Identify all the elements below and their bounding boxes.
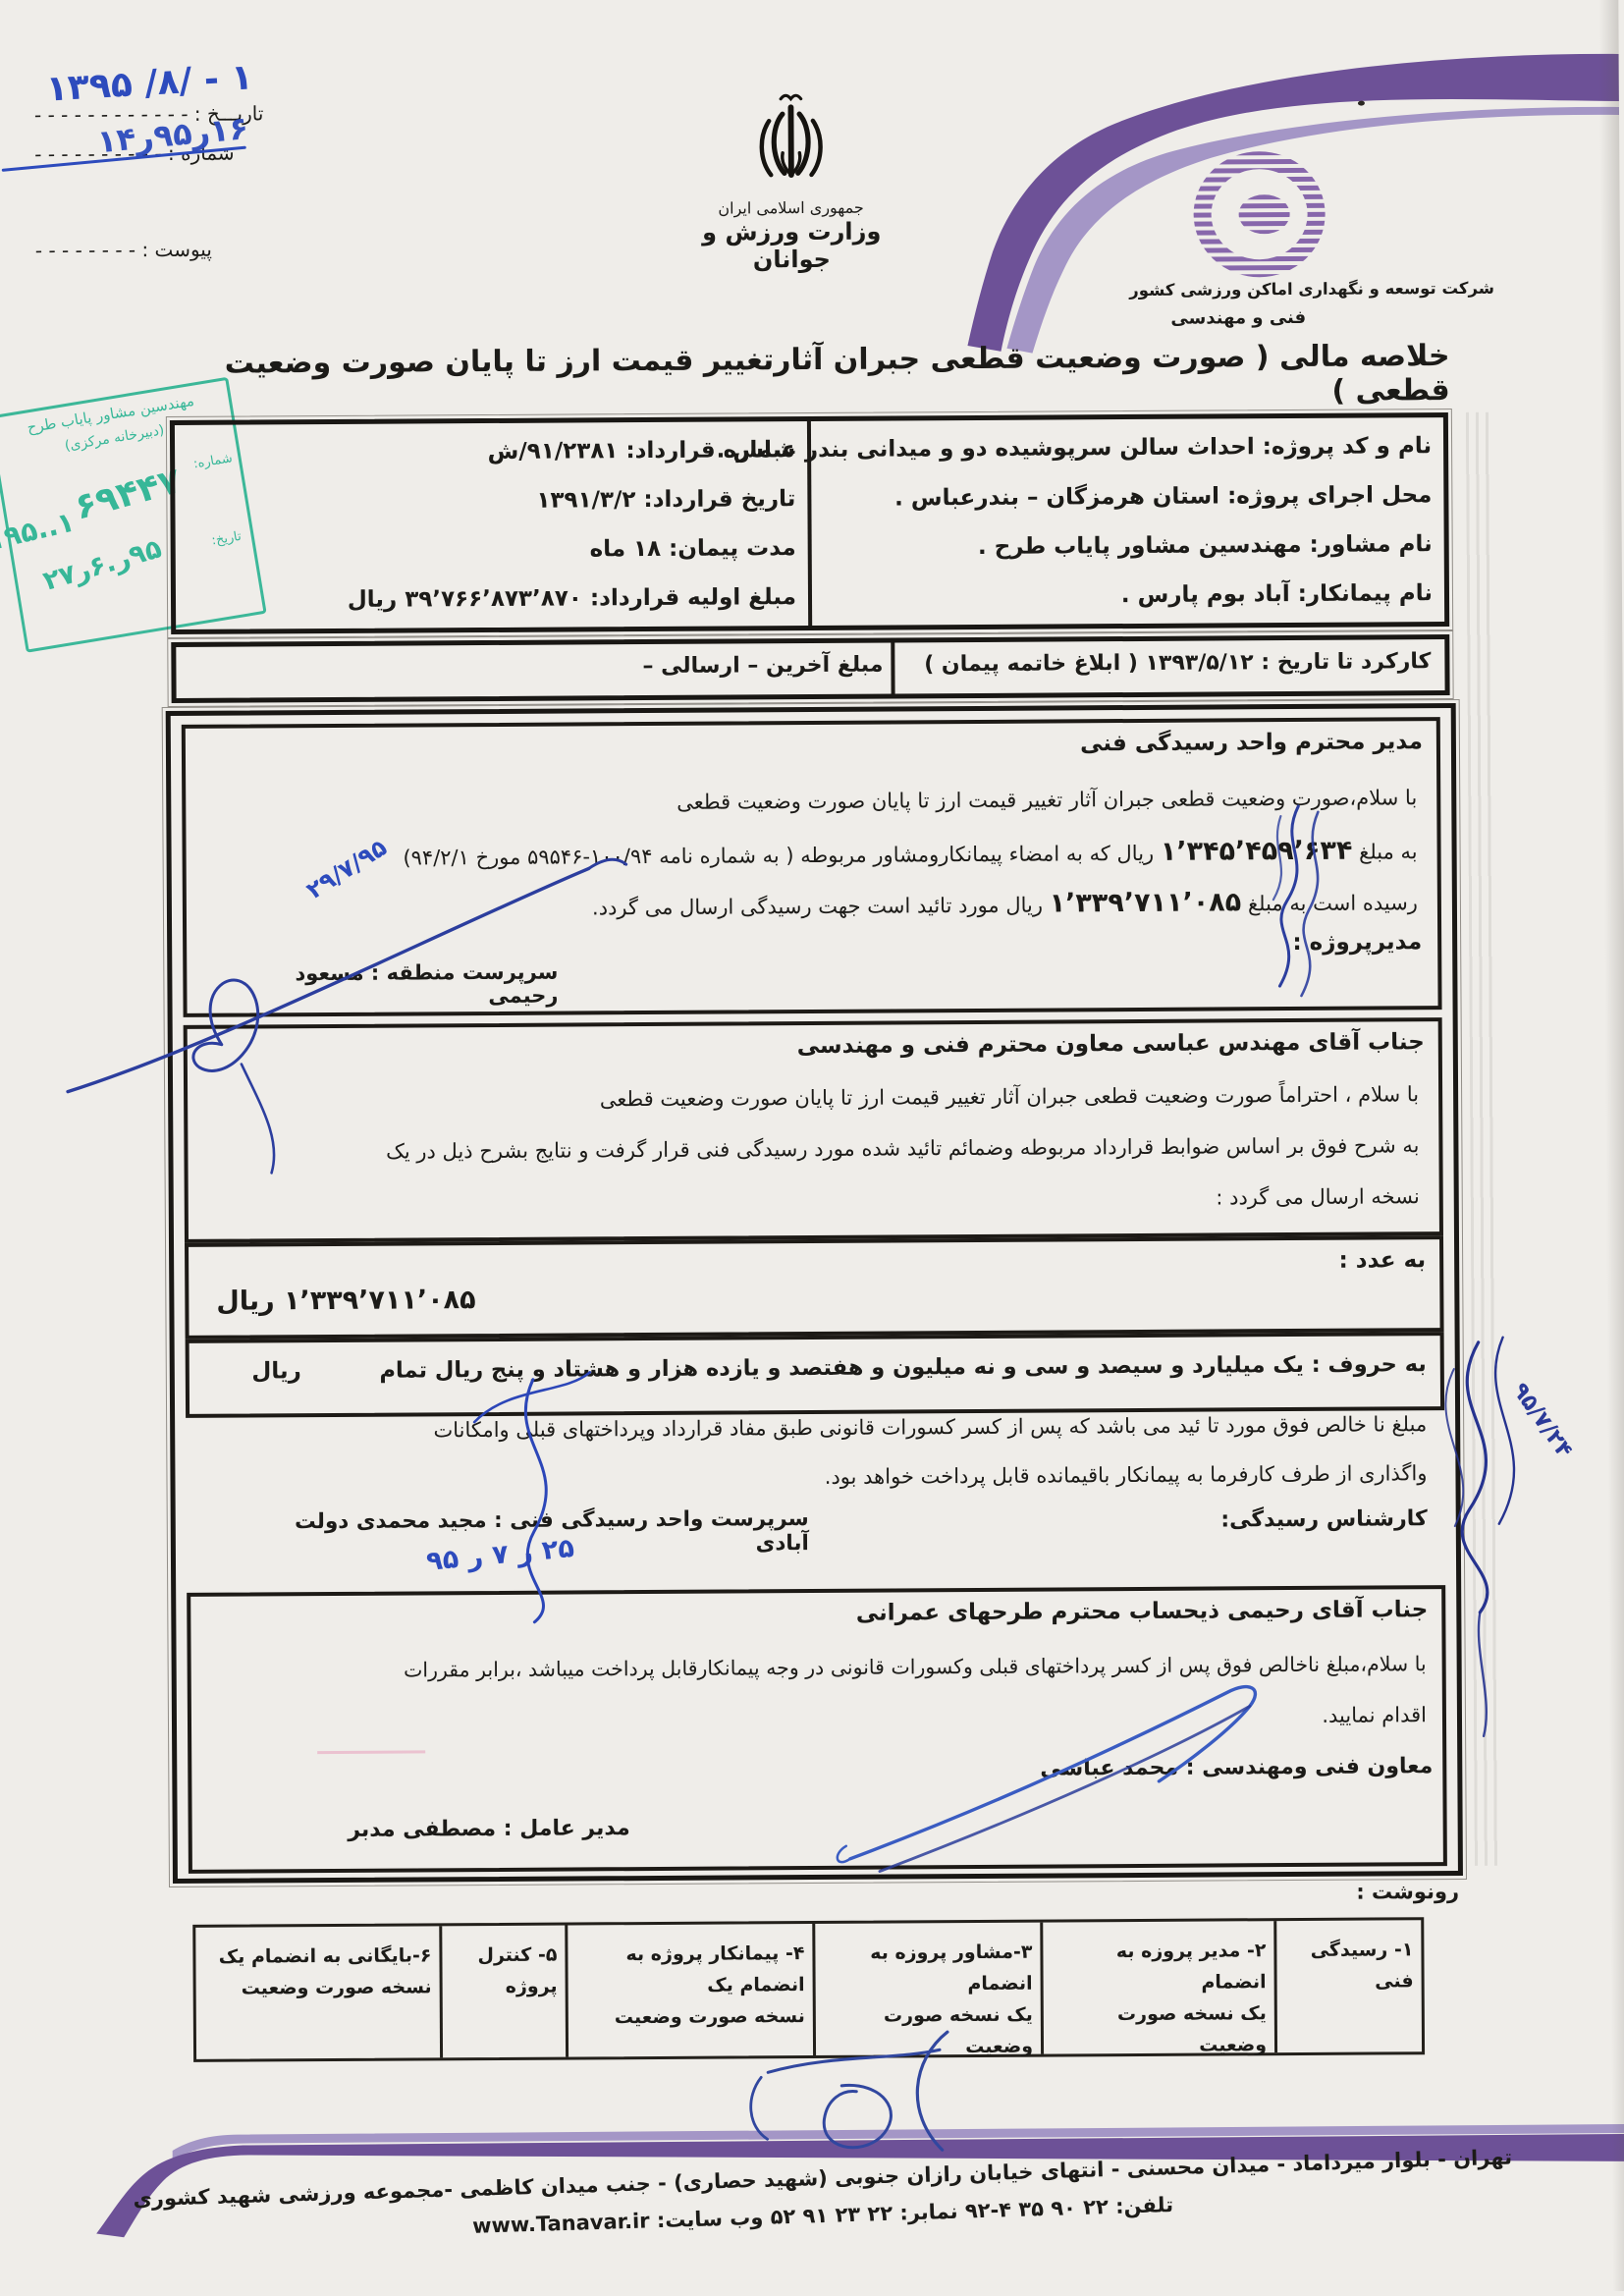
numeric-amount-row: به عدد : ۱٬۳۳۹٬۷۱۱٬۰۸۵ ریال: [185, 1235, 1444, 1339]
signature-consultant: [724, 2020, 1000, 2164]
project-contractor: نام پیمانکار: آباد بوم پارس .: [816, 569, 1433, 622]
iran-emblem-icon: [739, 90, 843, 199]
ceo-label: مدیر عامل : مصطفی مدبر: [336, 1816, 630, 1842]
page-edge-shadow: [1598, 0, 1624, 2291]
copy-cell-6: ۶-بایگانی به انضمام یک نسخه صورت وضعیت: [195, 1926, 440, 2059]
copy-cell-1: ۱- رسیدگی فنی: [1273, 1920, 1422, 2052]
signature-deputy: [810, 1655, 1341, 1888]
words-amount-row: به حروف : یک میلیارد و سیصد و سی و نه می…: [186, 1332, 1444, 1418]
copy-3-line1: ۳-مشاور پروزه به انضمام: [821, 1937, 1032, 2000]
contract-column: شماره قرارداد: ۹۱/۲۳۸۱/ش تاریخ قرارداد: …: [185, 425, 796, 626]
stamp-hand-number: ۶۹۴۴۷: [71, 461, 186, 528]
signature-region-supervisor: [39, 841, 640, 1178]
signature-project-manager: [1221, 794, 1350, 1016]
contract-info-box: نام و کد پروژه: احداث سالن سرپوشیده دو و…: [170, 412, 1449, 634]
copy-6-line1: ۶-بایگانی به انضمام یک: [201, 1940, 431, 1972]
copy-cell-5: ۵- کنترل پروژه: [439, 1926, 566, 2058]
project-location: محل اجرای پروژه: استان هرمزگان – بندرعبا…: [815, 470, 1432, 523]
numeric-value: ۱٬۳۳۹٬۷۱۱٬۰۸۵ ریال: [216, 1284, 628, 1317]
work-row-box: کارکرد تا تاریخ : ۱۳۹۳/۵/۱۲ ( ابلاغ خاتم…: [171, 634, 1449, 703]
contract-duration: مدت پیمان: ۱۸ ماه: [191, 523, 796, 576]
words-unit: ریال: [223, 1358, 301, 1384]
document-title: خلاصه مالی ( صورت وضعیت قطعی جبران آثارت…: [173, 339, 1449, 415]
signature-examiner: [1385, 1327, 1575, 1740]
letter1-line2-pre: به مبلغ: [1359, 840, 1418, 863]
project-consultant: نام مشاور: مهندسین مشاور پایاب طرح .: [816, 519, 1433, 573]
letter1-line3-post: ریال مورد تائید است جهت رسیدگی ارسال می …: [592, 894, 1043, 920]
company-department: فنی و مهندسی: [1115, 307, 1361, 330]
signature-unit-supervisor: [415, 1364, 643, 1630]
pink-artifact-line: [317, 1750, 425, 1754]
project-name: نام و کد پروژه: احداث سالن سرپوشیده دو و…: [815, 421, 1432, 474]
numeric-label: به عدد :: [1131, 1247, 1426, 1275]
attachment-label: پیوست : - - - - - - - -: [35, 237, 281, 262]
copy-1-line1: ۱- رسیدگی فنی: [1282, 1934, 1413, 1997]
ministry-title: وزارت ورزش و جوانان: [662, 217, 922, 274]
copy-cell-2: ۲- مدیر پروزه به انضمام یک نسخه صورت وضع…: [1040, 1921, 1274, 2053]
handwritten-ref-date: ۱۳۹۵ /۸/ - ۱: [45, 52, 342, 109]
last-amount-label: مبلغ آخرین – ارسالی –: [549, 653, 883, 680]
copy-5-line1: ۵- کنترل پروژه: [448, 1940, 557, 2003]
company-name: شرکت توسعه و نگهداری اماکن ورزشی کشور: [1106, 279, 1518, 301]
scanned-document: ۱۳۹۵ /۸/ - ۱ تاریـــخ : - - - - - - - - …: [0, 0, 1624, 2296]
contract-number: شماره قرارداد: ۹۱/۲۳۸۱/ش: [190, 425, 795, 478]
scan-speck: [1358, 101, 1365, 106]
contract-date: تاریخ قرارداد: ۱۳۹۱/۳/۲: [190, 474, 795, 527]
republic-caption: جمهوری اسلامی ایران: [683, 197, 899, 217]
amount-approved: ۱٬۳۳۹٬۷۱۱٬۰۸۵: [1050, 887, 1242, 918]
stamp-hand-extra: ۱..۱۹۵ـــ: [0, 506, 78, 564]
copy-4-line1: ۴- پیمانکار پروژه به انضمام یک: [573, 1938, 804, 2001]
copy-6-line2: نسخه صورت وضعیت: [202, 1971, 432, 2003]
project-column: نام و کد پروژه: احداث سالن سرپوشیده دو و…: [815, 421, 1433, 622]
copy-2-line2: یک نسخه صورت وضعیت: [1050, 1997, 1267, 2061]
letter1-addressee: مدیر محترم واحد رسیدگی فنی: [244, 729, 1423, 761]
company-logo: [1185, 150, 1333, 286]
contract-initial-amount: مبلغ اولیه قرارداد: ۳۹٬۷۶۶٬۸۷۳٬۸۷۰ ریال: [191, 573, 796, 626]
stamp-hand-date: ۹۵ر.۶ر۲۷: [40, 533, 166, 597]
copy-2-line1: ۲- مدیر پروزه به انضمام: [1049, 1935, 1266, 1998]
letter2-line3: نسخه ارسال می گردد :: [207, 1184, 1420, 1216]
